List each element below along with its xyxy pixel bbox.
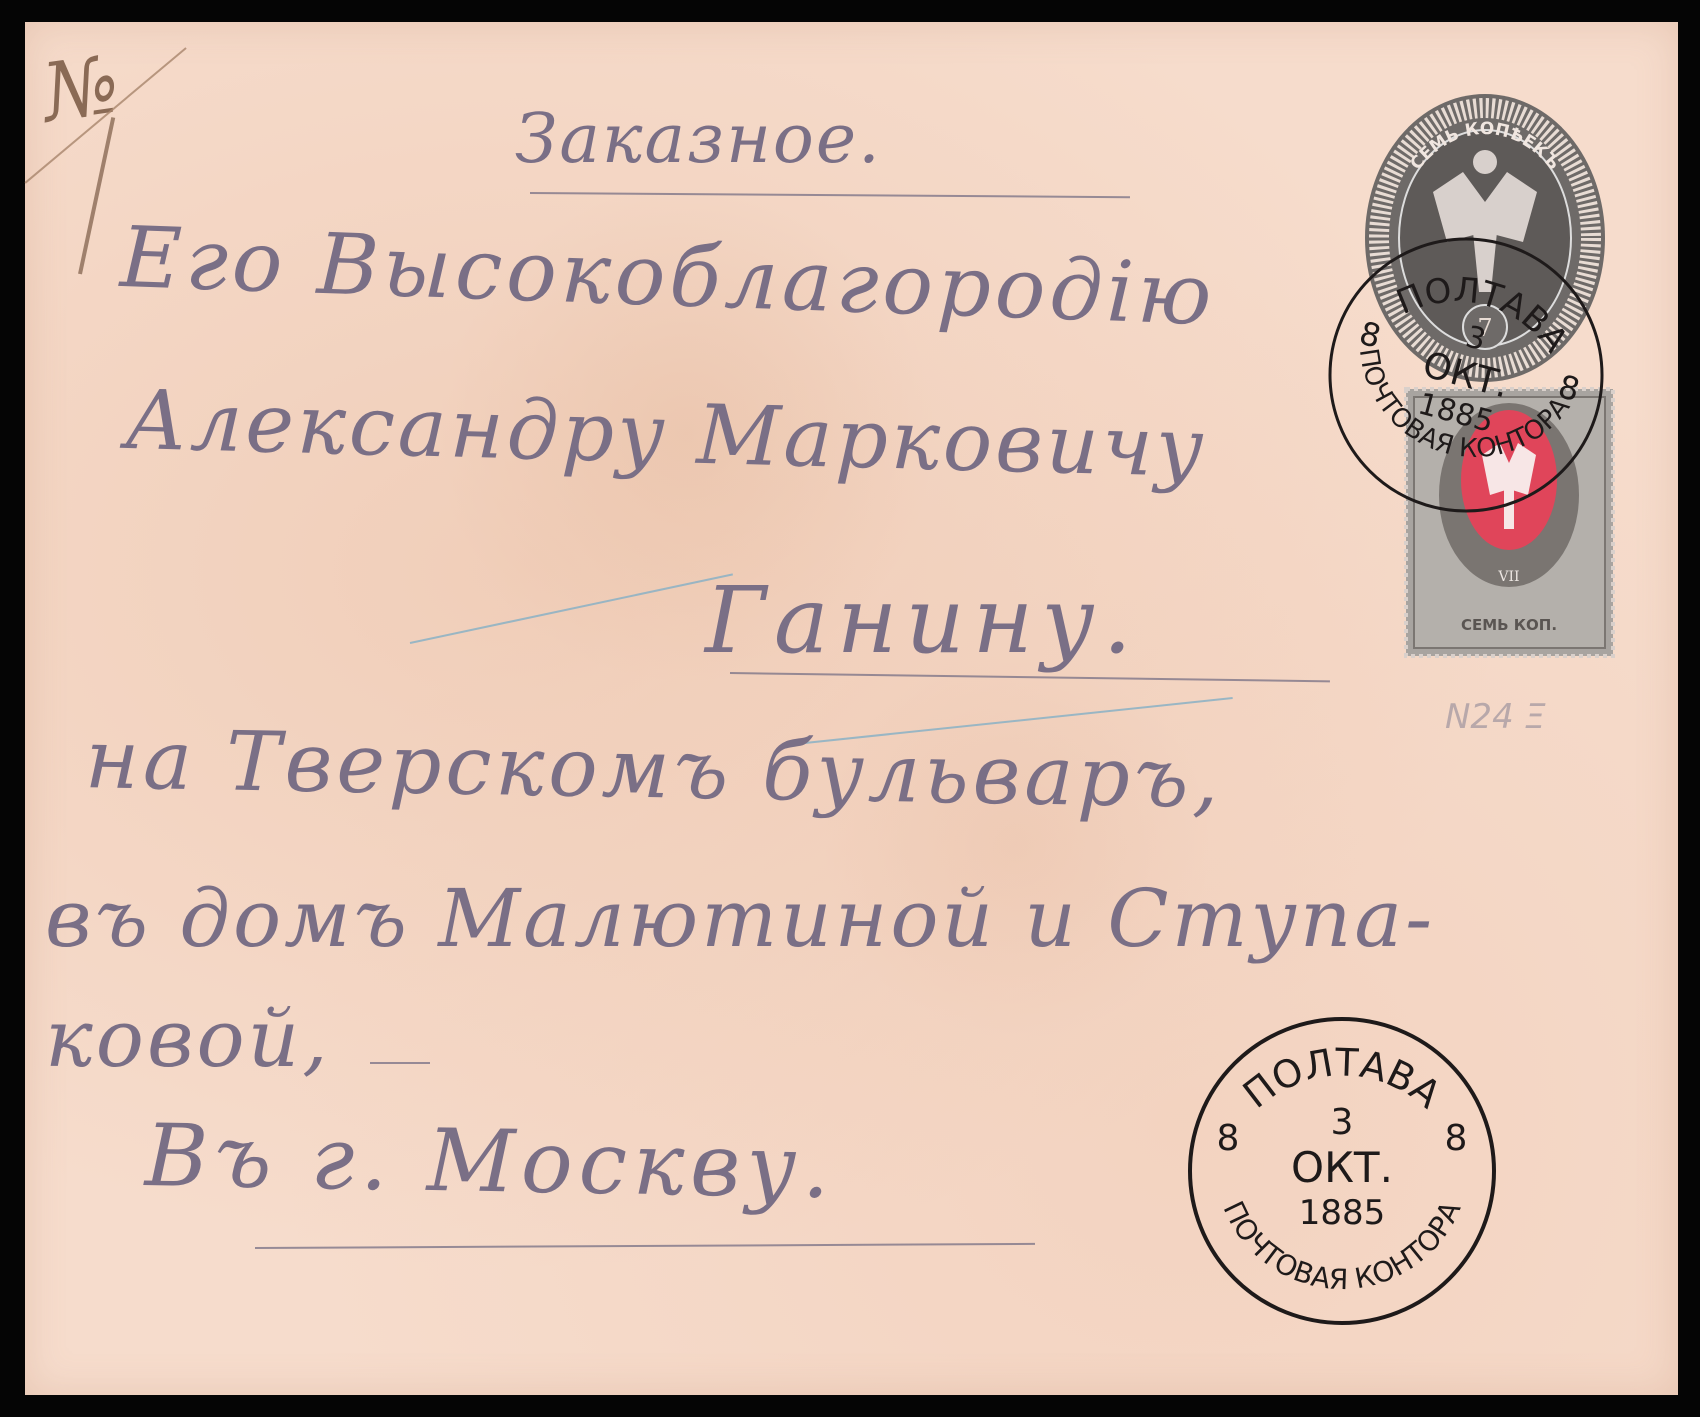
address-line-2: Александру Марковичу <box>124 373 1208 496</box>
svg-text:8: 8 <box>1554 367 1584 409</box>
address-line-4: на Тверскомъ бульваръ, <box>84 712 1223 827</box>
svg-text:VII: VII <box>1497 569 1519 585</box>
svg-text:8: 8 <box>1445 1118 1468 1159</box>
line-6-dash <box>370 1062 430 1064</box>
registered-underline <box>530 192 1130 198</box>
blue-pencil-line-1 <box>410 573 733 644</box>
address-line-7: Въ г. Москву. <box>144 1106 836 1218</box>
svg-text:ПОЛТАВА: ПОЛТАВА <box>1383 250 1586 366</box>
svg-text:СЕМЬ КОП.: СЕМЬ КОП. <box>1461 616 1557 634</box>
svg-text:ОКТ.: ОКТ. <box>1291 1143 1393 1192</box>
registered-label: Заказное. <box>515 100 882 179</box>
postmark-lower: ПОЛТАВА ПОЧТОВАЯ КОНТОРА 3 ОКТ. 1885 8 8 <box>1183 1012 1501 1330</box>
pencil-catalog-note: N24 Ξ <box>1445 697 1546 737</box>
svg-text:1885: 1885 <box>1299 1193 1386 1233</box>
corner-v-stroke <box>78 117 115 274</box>
city-underline <box>255 1243 1035 1249</box>
address-line-3: Ганину. <box>705 567 1140 674</box>
svg-text:3: 3 <box>1331 1102 1354 1143</box>
svg-text:3: 3 <box>1462 319 1490 358</box>
address-line-1: Его Высокоблагородію <box>119 208 1218 344</box>
postmark-on-stamps: ПОЛТАВА ПОЧТОВАЯ КОНТОРА 3 ОКТ. 1885 8 8 <box>1323 232 1609 518</box>
address-line-6: ковой, <box>45 992 331 1085</box>
address-line-5: въ домъ Малютиной и Ступа- <box>45 872 1435 965</box>
svg-text:8: 8 <box>1217 1118 1240 1159</box>
